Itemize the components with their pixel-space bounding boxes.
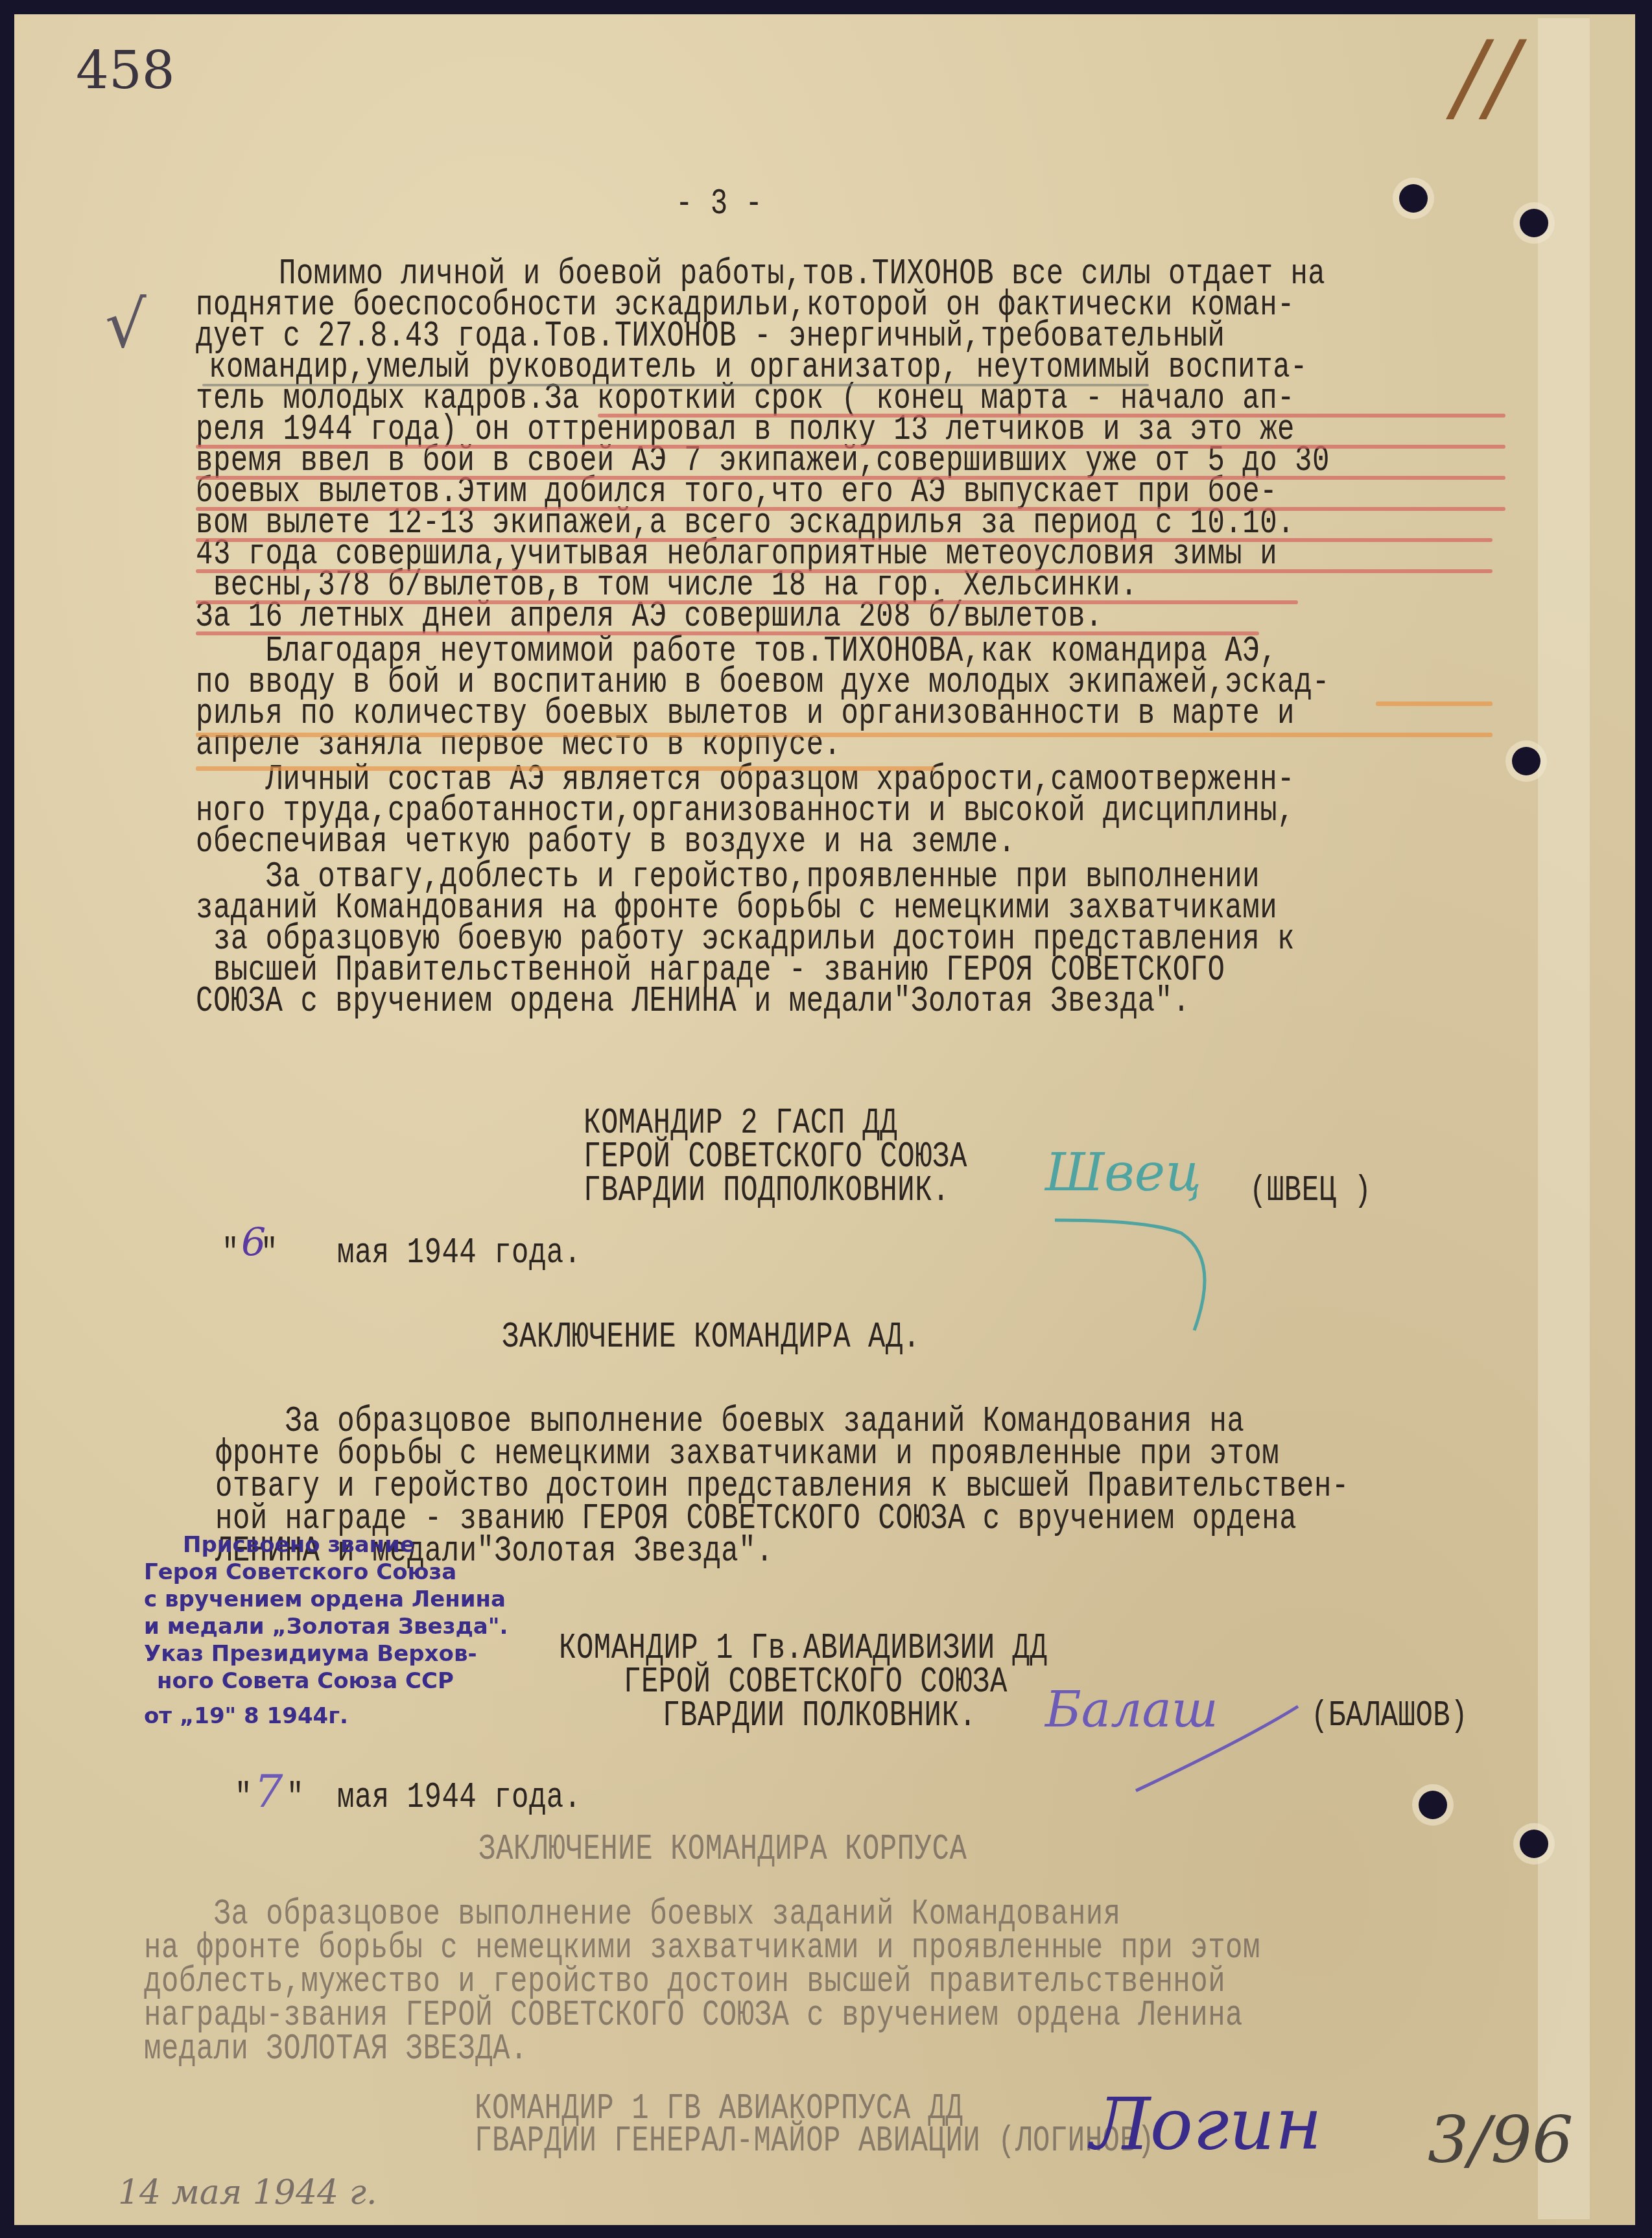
binder-hole-top [1520,209,1548,237]
archive-number: 458 [76,40,175,100]
body-line: СОЮЗА с вручением ордена ЛЕНИНА и медали… [196,982,1190,1022]
signature-flourish [1116,1700,1311,1797]
stamp-line: с вручением ордена Ленина [144,1586,508,1613]
stamp-line: и медали „Золотая Звезда". [144,1613,508,1640]
date-quote-close: " [261,1233,278,1274]
red-underline [196,538,1493,542]
stamp-line: Героя Советского Союза [144,1559,508,1586]
red-underline [196,631,1259,635]
page-fraction: 3/96 [1428,2102,1574,2178]
red-underline [196,600,1298,604]
date-quote-open: " [222,1233,239,1274]
orange-underline [196,766,935,771]
orange-underline [196,733,1493,737]
signature-shvets: Швец [1045,1142,1201,1203]
signer-name: (БАЛАШОВ) [1311,1696,1468,1737]
stamp-line: Указ Президиума Верхов- [144,1640,508,1667]
red-underline [598,414,1505,418]
signer-title: ГВАРДИИ ГЕНЕРАЛ-МАЙОР АВИАЦИИ (ЛОГИНОВ) [475,2121,1155,2162]
page-marker: - 3 - [676,184,763,225]
signer-title: ГВАРДИИ ПОДПОЛКОВНИК. [584,1171,950,1212]
footer-handwritten-date: 14 мая 1944 г. [118,2173,377,2212]
stamp-line: ного Совета Союза ССР [157,1667,508,1695]
pencil-underline [202,384,1149,386]
binder-hole-top-left [1399,184,1428,213]
signature-flourish [1052,1207,1259,1337]
stamp-line: Присвоено звание [183,1531,508,1559]
signer-name: (ШВЕЦ ) [1249,1171,1371,1212]
date-text: мая 1944 года. [337,1233,582,1274]
date-quote-open: " [235,1778,252,1819]
binder-hole-low [1419,1791,1447,1819]
document-page: 458 // - 3 - √ Помимо личной и боевой ра… [14,14,1635,2225]
signer-title: ГВАРДИИ ПОЛКОВНИК. [663,1696,976,1737]
date-day: 7 [254,1765,283,1818]
red-underline [196,569,1493,573]
red-underline [196,445,1505,449]
binder-hole-bottom [1520,1830,1548,1858]
page-edge-strip [1538,18,1590,2219]
date-text: мая 1944 года. [337,1778,582,1819]
conclusion-ad-title: ЗАКЛЮЧЕНИЕ КОМАНДИРА АД. [502,1317,921,1358]
stamp-line: от „19" 8 1944г. [144,1702,508,1730]
signature-corps-commander: Логин [1091,2082,1322,2165]
date-quote-close: " [287,1778,304,1819]
conclusion-corps-title: ЗАКЛЮЧЕНИЕ КОМАНДИРА КОРПУСА [478,1830,967,1870]
top-right-marks: // [1454,21,1519,134]
orange-underline [1376,701,1493,706]
check-mark-icon: √ [105,287,147,362]
red-underline [196,476,1505,480]
binder-hole-mid [1512,747,1540,775]
red-underline [196,507,1505,511]
award-stamp: Присвоено звание Героя Советского Союза … [144,1531,508,1730]
conclusion-line: медали ЗОЛОТАЯ ЗВЕЗДА. [144,2029,528,2070]
